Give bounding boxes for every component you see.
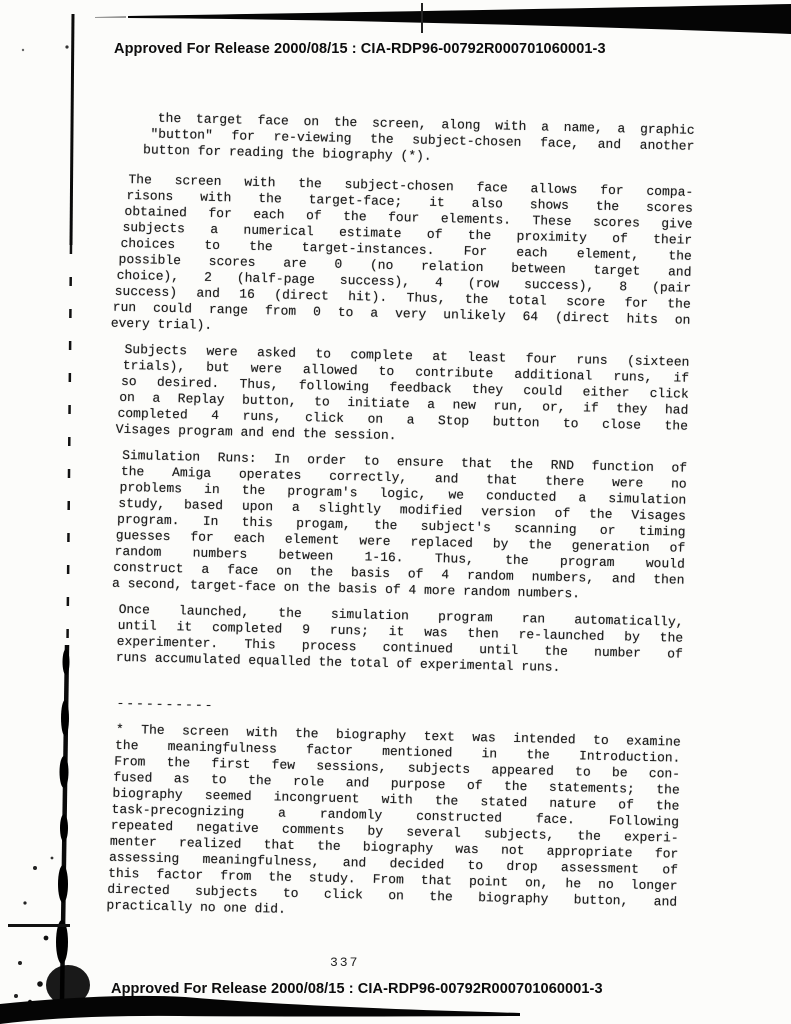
paragraph-simulation-launch: Once launched, the simulation program ra… (117, 602, 683, 679)
scan-artifact-speckle (44, 936, 49, 941)
scan-artifact-speckle (28, 1000, 32, 1004)
page-number: 337 (330, 955, 359, 970)
scan-artifact-speckle (65, 45, 68, 48)
scan-artifact-bottom-swoosh (0, 996, 520, 1024)
scan-artifact-blob (46, 965, 90, 1005)
scan-artifact-speckle (33, 866, 37, 870)
header-release-stamp: Approved For Release 2000/08/15 : CIA-RD… (114, 41, 606, 57)
paragraph-simulation-runs: Simulation Runs: In order to ensure that… (119, 448, 687, 605)
scan-artifact-speckle (51, 857, 54, 860)
scan-artifact-speckle (18, 961, 22, 965)
scan-artifact-speckle (14, 994, 18, 998)
scan-artifact-blob (61, 700, 69, 736)
scan-artifact-speckle (22, 49, 24, 51)
paragraph-scores: The screen with the subject-chosen face … (125, 172, 693, 345)
scan-artifact-top-wedge (128, 4, 791, 34)
footnote-separator: ---------- (116, 696, 681, 725)
document-body: the target face on the screen, along wit… (112, 110, 695, 937)
scan-artifact-left-line-solid (71, 14, 73, 245)
paragraph-runs: Subjects were asked to complete at least… (123, 342, 690, 451)
scan-artifact-blob (60, 756, 69, 788)
scan-artifact-left-line-dashed (68, 245, 72, 645)
scan-artifact-speckle (23, 901, 26, 904)
paragraph-intro: the target face on the screen, along wit… (157, 111, 695, 171)
footnote: * The screen with the biography text was… (112, 722, 681, 927)
scan-artifact-left-streak (62, 645, 67, 1002)
scanned-document-page: Approved For Release 2000/08/15 : CIA-RD… (0, 0, 791, 1024)
scan-artifact-left-dash (8, 924, 70, 927)
scan-artifact-blob (63, 649, 70, 675)
scan-artifact-blob (56, 920, 68, 964)
footer-release-stamp: Approved For Release 2000/08/15 : CIA-RD… (111, 981, 603, 997)
scan-artifact-blob (60, 814, 68, 842)
scan-artifact-top-wedge-specks (95, 16, 126, 18)
scan-artifact-top-tick (421, 3, 423, 33)
scan-artifact-speckle (37, 981, 43, 987)
scan-artifact-blob (58, 865, 68, 903)
